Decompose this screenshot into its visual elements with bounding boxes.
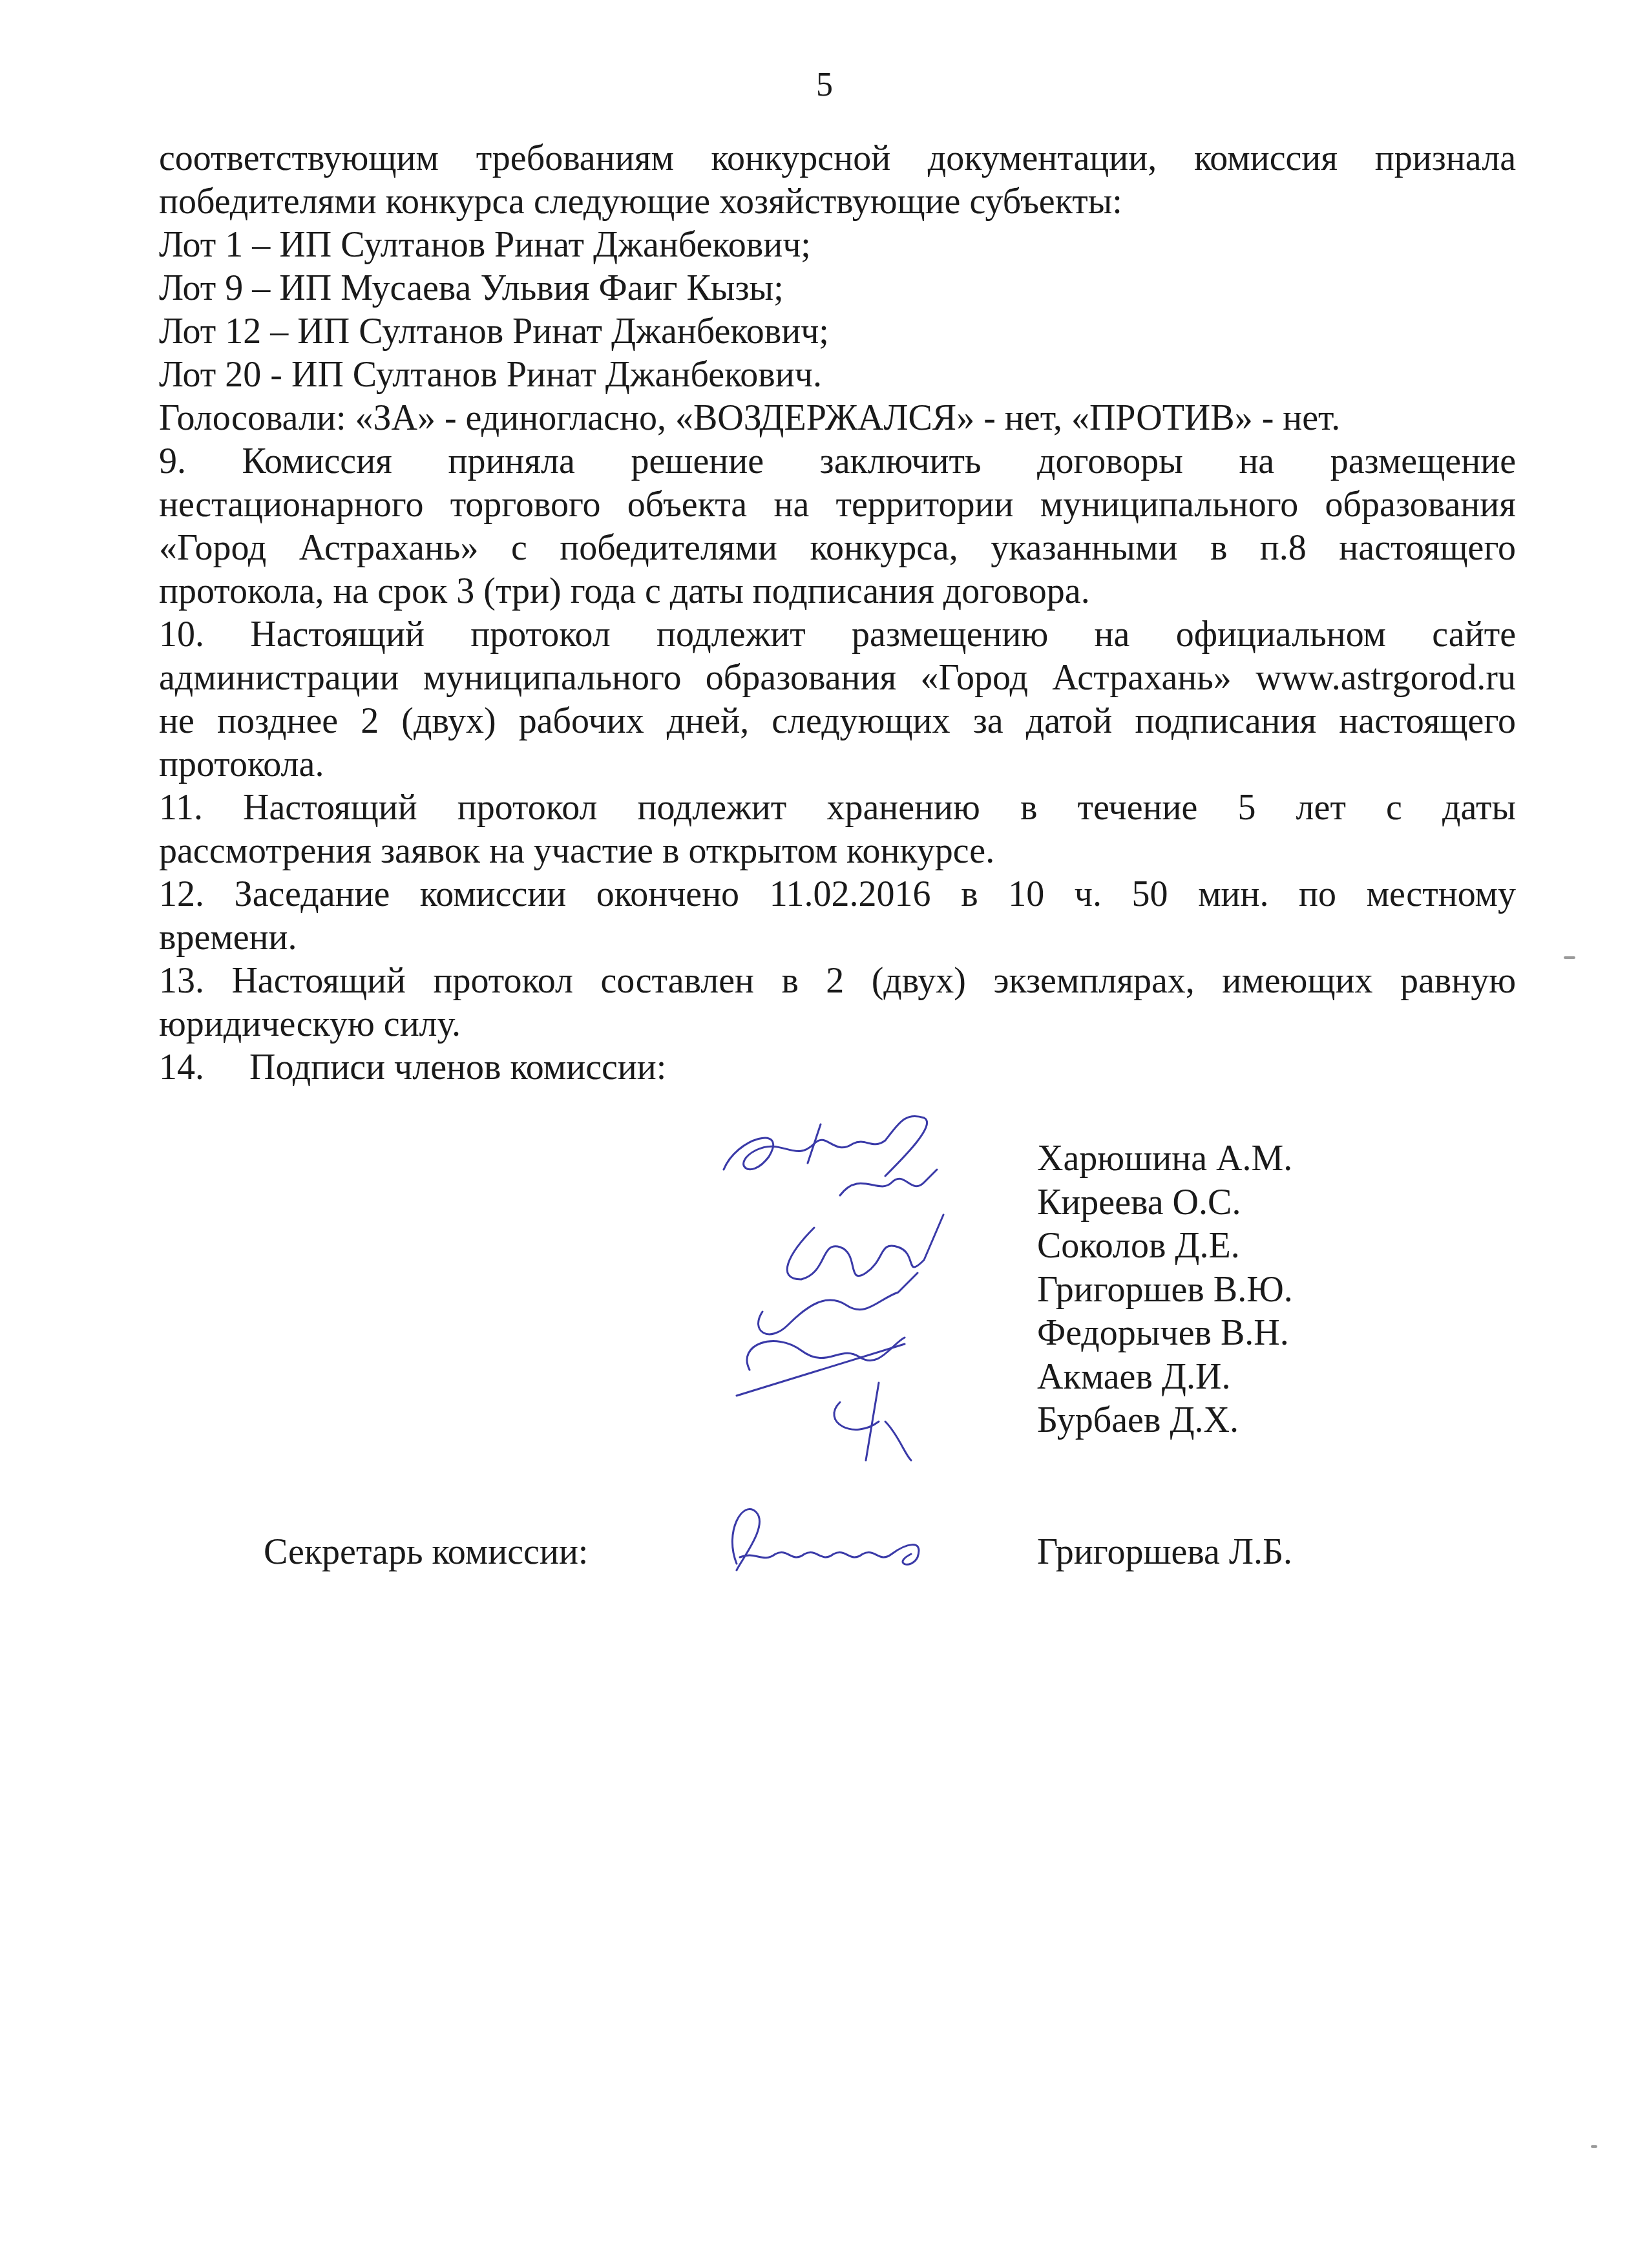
- item-9-line: протокола, на срок 3 (три) года с даты п…: [159, 570, 1516, 613]
- item-10-line: администрации муниципального образования…: [159, 656, 1516, 700]
- lot-winner-line: Лот 9 – ИП Мусаева Ульвия Фаиг Кызы;: [159, 267, 1516, 310]
- item-9-line: «Город Астрахань» с победителями конкурс…: [159, 527, 1516, 570]
- item-11-line: 11. Настоящий протокол подлежит хранению…: [159, 786, 1516, 830]
- item-13-line: 13. Настоящий протокол составлен в 2 (дв…: [159, 960, 1516, 1003]
- member-name: Акмаев Д.И.: [1037, 1356, 1293, 1400]
- item-10-line: 10. Настоящий протокол подлежит размещен…: [159, 613, 1516, 656]
- item-12-line: времени.: [159, 916, 1516, 960]
- member-signatures-image: [711, 1098, 1073, 1518]
- lot-winner-line: Лот 1 – ИП Султанов Ринат Джанбекович;: [159, 224, 1516, 267]
- lot-winner-line: Лот 12 – ИП Султанов Ринат Джанбекович;: [159, 310, 1516, 353]
- member-name: Киреева О.С.: [1037, 1181, 1293, 1225]
- body-line: соответствующим требованиям конкурсной д…: [159, 137, 1516, 180]
- secretary-name: Григоршева Л.Б.: [1037, 1531, 1292, 1573]
- member-list: Харюшина А.М. Киреева О.С. Соколов Д.Е. …: [1037, 1137, 1293, 1443]
- member-name: Федорычев В.Н.: [1037, 1312, 1293, 1356]
- body-line: победителями конкурса следующие хозяйств…: [159, 180, 1516, 224]
- scan-speck: [1564, 956, 1575, 959]
- scan-speck: [1591, 2145, 1597, 2148]
- protocol-body: соответствующим требованиям конкурсной д…: [159, 137, 1516, 1089]
- item-10-line: не позднее 2 (двух) рабочих дней, следую…: [159, 700, 1516, 743]
- secretary-label: Секретарь комиссии:: [264, 1531, 588, 1573]
- item-14-line: 14. Подписи членов комиссии:: [159, 1046, 1516, 1089]
- item-10-line: протокола.: [159, 743, 1516, 786]
- secretary-signature-image: [717, 1493, 950, 1590]
- item-9-line: нестационарного торгового объекта на тер…: [159, 483, 1516, 527]
- page-number: 5: [0, 66, 1649, 104]
- item-12-line: 12. Заседание комиссии окончено 11.02.20…: [159, 873, 1516, 916]
- item-13-line: юридическую силу.: [159, 1003, 1516, 1046]
- member-name: Бурбаев Д.Х.: [1037, 1399, 1293, 1443]
- member-name: Соколов Д.Е.: [1037, 1224, 1293, 1268]
- vote-result-line: Голосовали: «ЗА» - единогласно, «ВОЗДЕРЖ…: [159, 397, 1516, 440]
- member-name: Харюшина А.М.: [1037, 1137, 1293, 1181]
- item-9-line: 9. Комиссия приняла решение заключить до…: [159, 440, 1516, 483]
- member-name: Григоршев В.Ю.: [1037, 1268, 1293, 1312]
- lot-winner-line: Лот 20 - ИП Султанов Ринат Джанбекович.: [159, 353, 1516, 397]
- item-11-line: рассмотрения заявок на участие в открыто…: [159, 830, 1516, 873]
